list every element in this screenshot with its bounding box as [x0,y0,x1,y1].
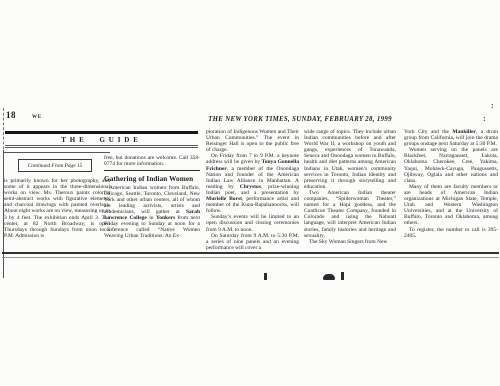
body-text: Women serving on the panels are Blackfee… [404,147,498,183]
article-paragraph: On Friday from 7 to 9 P.M. a keynote add… [206,153,299,214]
news-column-3: ploration of Indigenous Women and Their … [206,129,299,251]
cropped-headline-fragment [341,272,344,280]
section-label: WE [32,115,42,120]
article-paragraph: Many of them are faculty members or are … [404,184,498,227]
cropped-headline-fragment [323,274,335,280]
newspaper-page-scan: 18 WE THE NEW YORK TIMES, SUNDAY, FEBRUA… [0,0,500,386]
body-text: Sunday’s events will be limited to an op… [206,214,299,232]
scan-edge-mark: : [483,114,486,123]
article-paragraph: free, but donations are welcome. Call 35… [104,155,200,167]
page-number: 18 [6,110,16,120]
the-guide-banner: THE GUIDE [5,131,198,148]
banner-bottom-rule [5,145,198,148]
continued-from-note: Continued From Page 15 [18,159,92,172]
article-paragraph: The Sky Woman Singers from New [304,239,396,245]
article-paragraph: wide range of topics. They include urban… [304,129,396,190]
body-text: Many of them are faculty members or are … [404,184,498,227]
body-text: To register, the number to call is 395-2… [404,227,498,239]
cropped-headline-fragment [264,273,267,280]
body-text: wide range of topics. They include urban… [304,129,396,190]
banner-title: THE GUIDE [5,134,198,145]
body-text: ploration of Indigenous Women and Their … [206,129,299,153]
article-paragraph: Two American Indian theater companies, “… [304,190,396,239]
article-paragraph: Sunday’s events will be limited to an op… [206,214,299,232]
column-top-rule [3,152,110,153]
scan-edge-mark: : [491,101,494,110]
news-column-5: York City and the Mankiller, a drum grou… [404,129,498,239]
scan-edge-dashed-line [3,108,4,154]
article-paragraph: Women serving on the panels are Blackfee… [404,147,498,184]
article-paragraph: ploration of Indigenous Women and Their … [206,129,299,153]
newspaper-masthead: THE NEW YORK TIMES, SUNDAY, FEBRUARY 28,… [200,116,400,123]
bottom-separator-rule [2,252,499,258]
article-paragraph: York City and the Mankiller, a drum grou… [404,129,498,147]
body-text: On Saturday from 9 A.M. to 5:30 P.M. a s… [206,233,299,251]
article-heading: Gathering of Indian Women [104,170,200,183]
news-column-4: wide range of topics. They include urban… [304,129,396,245]
body-text: Two American Indian theater companies, “… [304,190,396,239]
article-paragraph: American Indian women from Buffalo, Chic… [104,185,200,240]
article-paragraph: To register, the number to call is 395-2… [404,227,498,239]
body-text: The Sky Woman Singers from New [309,239,387,245]
article-paragraph: is primarily known for her photography, … [4,178,110,239]
body-text: is primarily known for her photography, … [4,178,110,239]
article-paragraph: On Saturday from 9 A.M. to 5:30 P.M. a s… [206,233,299,251]
bold-name-text: Chrystos [240,184,261,190]
news-column-1: Continued From Page 15is primarily known… [4,157,110,239]
body-text: free, but donations are welcome. Call 35… [104,155,200,167]
news-column-2: free, but donations are welcome. Call 35… [104,155,200,240]
